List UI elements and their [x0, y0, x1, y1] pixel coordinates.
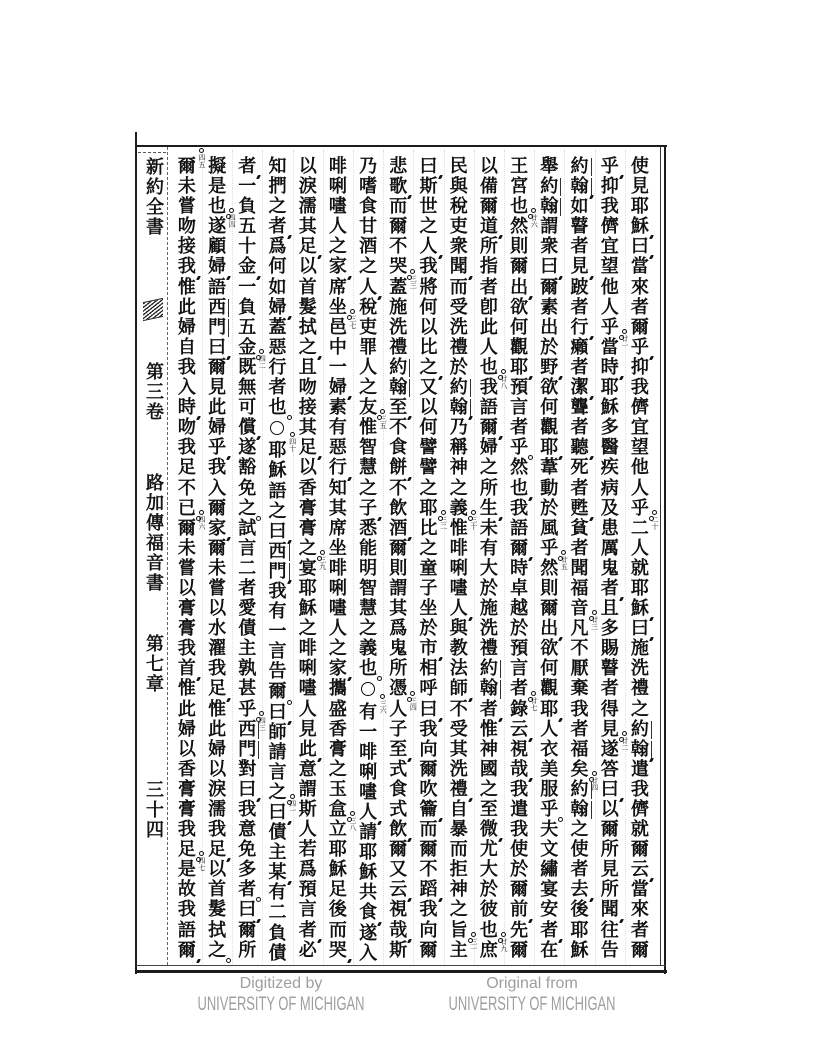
char-glyph: 者 — [534, 921, 564, 941]
char-glyph: 宮 — [504, 177, 534, 197]
text-char: 此 — [202, 720, 232, 740]
char-glyph: 㗲 — [353, 783, 383, 803]
text-char: 顧 — [202, 237, 232, 257]
text-char: 罪 — [353, 338, 383, 358]
char-glyph: 而 — [444, 278, 474, 298]
verse-number: 四二 — [258, 349, 265, 369]
char-glyph: 式 — [383, 800, 413, 820]
text-char: 慧 — [353, 458, 383, 478]
text-char: 約 — [444, 378, 474, 398]
char-glyph: 欲 — [534, 639, 564, 659]
text-char: 既四二 — [232, 358, 262, 378]
text-char: 抑 — [625, 358, 655, 378]
text-char: 語 — [504, 519, 534, 539]
text-char: 之 — [323, 237, 353, 257]
char-glyph: 慧 — [353, 458, 383, 478]
text-char: 惟 — [474, 720, 504, 740]
text-char: 至 — [383, 740, 413, 760]
text-char: 爾 — [413, 941, 443, 961]
text-char: 先 — [504, 921, 534, 941]
char-glyph: 五 — [232, 217, 262, 237]
char-glyph: 素 — [323, 398, 353, 418]
char-glyph: 視 — [504, 740, 534, 760]
char-glyph: 甦 — [564, 499, 594, 519]
text-char: 食 — [383, 438, 413, 458]
text-char: 債 — [262, 823, 292, 843]
text-char: 爾 — [504, 880, 534, 900]
text-char: 明 — [353, 559, 383, 579]
verse-number: 廿九 — [500, 932, 507, 952]
char-glyph: 言 — [293, 900, 323, 920]
verse-number: 廿三 — [591, 610, 598, 630]
proper-name-line — [560, 198, 561, 216]
text-char: 與 — [444, 177, 474, 197]
char-glyph: 債 — [262, 944, 292, 964]
char-glyph: 人 — [353, 803, 383, 823]
text-char: 與 — [444, 619, 474, 639]
text-char: 我 — [172, 820, 202, 840]
char-glyph: 接 — [293, 398, 323, 418]
char-glyph: 之 — [413, 358, 443, 378]
text-char: 膏 — [323, 740, 353, 760]
page-number: 三十四 — [142, 780, 164, 840]
char-glyph: 足 — [202, 679, 232, 699]
text-char: 多 — [595, 619, 625, 639]
char-glyph: 言 — [232, 539, 262, 559]
char-glyph: 爾 — [202, 539, 232, 559]
char-glyph: 者 — [232, 579, 262, 599]
text-char: 香 — [172, 760, 202, 780]
char-glyph: 惟 — [172, 679, 202, 699]
comma-mark — [196, 959, 201, 963]
text-char: 人三四 — [383, 700, 413, 720]
char-glyph: 家 — [323, 257, 353, 277]
text-char: 香 — [293, 479, 323, 499]
char-glyph: 婦 — [262, 298, 292, 318]
text-char: 然廿五 — [534, 559, 564, 579]
text-char: 一 — [353, 723, 383, 743]
text-char: 癩 — [564, 338, 594, 358]
char-glyph: 病 — [595, 479, 625, 499]
text-char: 聞 — [444, 257, 474, 277]
text-char: 爾 — [202, 358, 232, 378]
char-glyph: 人 — [534, 720, 564, 740]
text-char: 耶 — [595, 378, 625, 398]
char-glyph: 不 — [172, 479, 202, 499]
text-char: 豁 — [232, 458, 262, 478]
char-glyph: 者 — [474, 700, 504, 720]
text-char: 比三二 — [413, 519, 443, 539]
text-char: 微 — [474, 820, 504, 840]
char-glyph: 子 — [413, 579, 443, 599]
char-glyph: 婦 — [172, 318, 202, 338]
text-char: 神 — [444, 458, 474, 478]
text-char: 所 — [595, 880, 625, 900]
text-char: 儕 — [595, 217, 625, 237]
char-glyph: 哉 — [504, 760, 534, 780]
text-char: 一 — [262, 622, 292, 642]
char-glyph: 服 — [534, 780, 564, 800]
text-char: 耶四十 — [262, 441, 292, 461]
char-glyph: 指 — [474, 257, 504, 277]
text-char: 何 — [534, 659, 564, 679]
text-char: 足 — [202, 840, 232, 860]
char-glyph: 曰 — [534, 257, 564, 277]
char-glyph: 以 — [202, 860, 232, 880]
char-glyph: 耶 — [625, 579, 655, 599]
text-char: 耶 — [534, 700, 564, 720]
char-glyph: 來 — [625, 900, 655, 920]
verse-number: 三八 — [349, 811, 356, 831]
text-char: 行 — [262, 358, 292, 378]
char-glyph: 往 — [595, 921, 625, 941]
char-glyph: 悉 — [353, 519, 383, 539]
text-char: 我 — [595, 197, 625, 217]
char-glyph: 惡 — [323, 438, 353, 458]
text-char: 中 — [323, 338, 353, 358]
char-glyph: 知 — [323, 479, 353, 499]
char-glyph: 其 — [444, 740, 474, 760]
char-glyph: 所 — [595, 880, 625, 900]
char-glyph: 以 — [202, 760, 232, 780]
text-char: 王 — [504, 157, 534, 177]
char-glyph: 吹 — [413, 780, 443, 800]
text-char: 耶 — [293, 579, 323, 599]
verse-number-text: 四四 — [228, 214, 235, 228]
char-glyph: 他 — [625, 458, 655, 478]
char-glyph: 見 — [595, 860, 625, 880]
text-char: 童 — [413, 559, 443, 579]
text-char: 暴 — [444, 820, 474, 840]
column-rule — [444, 150, 445, 964]
text-char: 宜 — [625, 418, 655, 438]
char-glyph: 儕 — [595, 217, 625, 237]
text-char: 膏 — [293, 499, 323, 519]
proper-name-line — [591, 158, 592, 176]
text-char: 見 — [595, 860, 625, 880]
char-glyph: 入 — [202, 479, 232, 499]
char-glyph: 且 — [293, 358, 323, 378]
text-char: 者 — [595, 679, 625, 699]
text-char: 蓋三三 — [383, 278, 413, 298]
text-char: 觀 — [504, 338, 534, 358]
text-char: 悲 — [383, 157, 413, 177]
text-char: 去 — [564, 880, 594, 900]
verse-number-text: 三三 — [409, 275, 416, 289]
text-char: 往 — [595, 921, 625, 941]
char-glyph: 濯 — [202, 639, 232, 659]
text-char: 西 — [202, 298, 232, 318]
char-glyph: 語 — [504, 519, 534, 539]
column-rule — [474, 150, 475, 964]
char-glyph: 唎 — [444, 559, 474, 579]
char-glyph: 愛 — [232, 599, 262, 619]
char-glyph: 患 — [595, 519, 625, 539]
char-glyph: 多 — [595, 619, 625, 639]
char-glyph: 又 — [413, 378, 443, 398]
char-glyph: 洗 — [625, 659, 655, 679]
text-char: 也 — [353, 659, 383, 679]
text-char: 惟三十 — [444, 519, 474, 539]
char-glyph: 斯 — [293, 800, 323, 820]
text-char: 不 — [172, 479, 202, 499]
char-glyph: 共 — [353, 883, 383, 903]
char-glyph: 爾 — [413, 760, 443, 780]
text-column: 乃嗜食甘酒之人稅吏罪人之友惟三五智慧之子悉能明智慧之義也有三六一啡唎㗲人請耶穌共… — [353, 157, 383, 964]
char-glyph: 至 — [383, 740, 413, 760]
text-char: 未 — [474, 519, 504, 539]
verse-number-text: 三八 — [349, 817, 356, 831]
text-char: 其 — [293, 217, 323, 237]
char-glyph: 與 — [444, 619, 474, 639]
char-glyph: 之 — [353, 257, 383, 277]
text-char: 卽 — [474, 298, 504, 318]
char-glyph: 入 — [172, 378, 202, 398]
text-char: 立三八 — [323, 820, 353, 840]
text-char: 家 — [323, 257, 353, 277]
char-glyph: 我 — [172, 820, 202, 840]
char-glyph: 於 — [534, 499, 564, 519]
text-char: 知 — [262, 157, 292, 177]
text-char: 宴三九 — [293, 559, 323, 579]
text-char: 者 — [564, 418, 594, 438]
char-glyph: 其 — [293, 217, 323, 237]
text-char: 乃 — [444, 418, 474, 438]
text-char: 神 — [444, 880, 474, 900]
char-glyph: 所 — [474, 237, 504, 257]
bottom-rule-thick — [135, 970, 667, 973]
proper-name-line — [470, 399, 471, 417]
text-char: 以 — [474, 157, 504, 177]
text-char: 言 — [504, 398, 534, 418]
text-char: 我 — [172, 900, 202, 920]
text-char: 不 — [383, 418, 413, 438]
text-char: 唎 — [293, 659, 323, 679]
text-char: 哉 — [383, 921, 413, 941]
char-glyph: 之 — [444, 479, 474, 499]
text-char: 比 — [413, 338, 443, 358]
char-glyph: 然 — [504, 458, 534, 478]
text-char: 宴 — [534, 880, 564, 900]
text-char: 爾 — [625, 840, 655, 860]
text-char: 擬 — [202, 157, 232, 177]
char-glyph: 膏 — [172, 599, 202, 619]
text-char: 動 — [534, 479, 564, 499]
char-glyph: 不 — [564, 639, 594, 659]
verse-circle-icon — [199, 851, 204, 856]
text-char: 我 — [413, 720, 443, 740]
verse-circle-icon — [531, 691, 536, 696]
char-glyph: 免 — [232, 840, 262, 860]
text-char: 乎 — [202, 438, 232, 458]
text-char: 安 — [534, 900, 564, 920]
char-glyph: 之 — [323, 237, 353, 257]
text-char: 之 — [564, 820, 594, 840]
char-glyph: 此 — [202, 720, 232, 740]
text-char: 後 — [323, 900, 353, 920]
text-column: 啡唎㗲人之家席坐邑三七中一婦素有惡行知其席坐啡唎㗲人之家攜盛香膏之玉盒立三八耶穌… — [323, 157, 353, 961]
verse-number-text: 廿七 — [530, 697, 537, 711]
text-char: 衣 — [534, 740, 564, 760]
char-glyph: 婦 — [202, 418, 232, 438]
text-char: 洗 — [444, 318, 474, 338]
text-column: 約翰如瞽者見跛者行癩者潔聾者聽死者甦貧者聞福音凡廿三不厭棄我者福矣約廿四翰之使者… — [564, 157, 594, 961]
verse-number: 三十 — [470, 510, 477, 530]
char-glyph: 以 — [202, 599, 232, 619]
text-char: 於 — [504, 860, 534, 880]
text-char: 爾 — [474, 418, 504, 438]
char-glyph: 婦 — [202, 740, 232, 760]
text-char: 稅 — [353, 298, 383, 318]
text-char: 指 — [474, 257, 504, 277]
char-glyph: 癩 — [564, 338, 594, 358]
char-glyph: 民 — [444, 157, 474, 177]
text-char: 使 — [625, 157, 655, 177]
text-char: 子 — [413, 579, 443, 599]
char-glyph: 野 — [534, 358, 564, 378]
char-glyph: 食 — [353, 903, 383, 923]
text-char: 受 — [444, 720, 474, 740]
char-glyph: 福 — [564, 740, 594, 760]
char-glyph: 悲 — [383, 157, 413, 177]
text-char: 死 — [564, 458, 594, 478]
char-glyph: 則 — [504, 237, 534, 257]
verse-number: 廿五 — [560, 550, 567, 570]
text-char: 以 — [595, 800, 625, 820]
text-char: 唎 — [444, 559, 474, 579]
text-char: 未 — [172, 177, 202, 197]
text-char: 見 — [625, 177, 655, 197]
text-char: 後 — [564, 900, 594, 920]
char-glyph: 之 — [625, 700, 655, 720]
char-glyph: 後 — [564, 900, 594, 920]
verse-circle-icon — [229, 208, 234, 213]
column-rule — [383, 150, 384, 964]
text-char: 者 — [232, 157, 262, 177]
text-char: 其 — [383, 599, 413, 619]
text-char: 所 — [383, 659, 413, 679]
text-char: 之 — [413, 479, 443, 499]
char-glyph: 童 — [413, 559, 443, 579]
text-char: 於 — [534, 338, 564, 358]
period-mark — [377, 676, 382, 681]
text-char: 我 — [413, 900, 443, 920]
text-char: 在 — [534, 941, 564, 961]
text-char: 拒 — [444, 860, 474, 880]
text-char: 素 — [534, 298, 564, 318]
char-glyph: 師 — [444, 679, 474, 699]
char-glyph: 厲 — [595, 539, 625, 559]
char-glyph: 洗 — [444, 318, 474, 338]
char-glyph: 之 — [293, 619, 323, 639]
text-char: 曰 — [202, 338, 232, 358]
char-glyph: 爾 — [232, 921, 262, 941]
char-glyph: 生 — [474, 499, 504, 519]
text-char: 言 — [262, 763, 292, 783]
text-char: 有 — [262, 883, 292, 903]
text-char: 見 — [202, 378, 232, 398]
text-char: 之 — [323, 760, 353, 780]
char-glyph: 者 — [564, 860, 594, 880]
text-char: 髮 — [202, 900, 232, 920]
text-char: 爾 — [383, 840, 413, 860]
char-glyph: 美 — [534, 760, 564, 780]
text-char: 乎 — [625, 338, 655, 358]
text-char: 無 — [232, 378, 262, 398]
text-char: 酒 — [353, 237, 383, 257]
text-char: 穌 — [353, 863, 383, 883]
text-char: 厭 — [564, 659, 594, 679]
text-char: 爾 — [504, 539, 534, 559]
text-char: 洗 — [625, 659, 655, 679]
text-char: 自 — [444, 800, 474, 820]
char-glyph: 我 — [413, 257, 443, 277]
char-glyph: 爲 — [383, 619, 413, 639]
char-glyph: 所 — [474, 479, 504, 499]
text-char: 可 — [232, 398, 262, 418]
text-char: 曰四一 — [262, 803, 292, 823]
char-glyph: 者 — [564, 298, 594, 318]
text-char: 禮 — [444, 338, 474, 358]
chapter-label: 第七章 — [142, 634, 164, 694]
char-glyph: 我 — [504, 820, 534, 840]
char-glyph: 禮 — [444, 338, 474, 358]
char-glyph: 淚 — [202, 780, 232, 800]
text-char: 水 — [202, 619, 232, 639]
char-glyph: 曰 — [202, 338, 232, 358]
char-glyph: 孰 — [232, 659, 262, 679]
char-glyph: 吻 — [293, 378, 323, 398]
char-glyph: 譬 — [413, 458, 443, 478]
text-char: 爾 — [504, 941, 534, 961]
text-char: 舉 — [534, 157, 564, 177]
char-glyph: 鬼 — [595, 559, 625, 579]
text-char: 十 — [232, 237, 262, 257]
text-char: 以 — [293, 257, 323, 277]
char-glyph: 㗲 — [444, 579, 474, 599]
text-char: 禮 — [625, 679, 655, 699]
char-glyph: 㗲 — [323, 197, 353, 217]
char-glyph: 何 — [504, 318, 534, 338]
text-char: 耶 — [534, 438, 564, 458]
char-glyph: 耶 — [293, 579, 323, 599]
text-char: 主 — [232, 639, 262, 659]
text-char: 慧 — [353, 599, 383, 619]
char-glyph: 人 — [323, 217, 353, 237]
char-glyph: 明 — [353, 559, 383, 579]
text-char: 以 — [293, 458, 323, 478]
char-glyph: 使 — [625, 157, 655, 177]
text-char: 出 — [534, 318, 564, 338]
text-char: 啡 — [323, 157, 353, 177]
text-char: 欲 — [534, 378, 564, 398]
char-glyph: 前 — [504, 900, 534, 920]
text-char: 預 — [504, 639, 534, 659]
text-char: 素 — [323, 398, 353, 418]
char-glyph: 者 — [595, 679, 625, 699]
char-glyph: 云 — [504, 720, 534, 740]
text-char: 二 — [232, 559, 262, 579]
text-char: 穌 — [293, 599, 323, 619]
verse-number: 三二 — [440, 510, 447, 530]
char-glyph: 所 — [595, 840, 625, 860]
text-char: 翰 — [564, 800, 594, 820]
char-glyph: 穌 — [353, 863, 383, 883]
char-glyph: 遂 — [232, 438, 262, 458]
char-glyph: 爾 — [504, 880, 534, 900]
proper-name-line — [228, 319, 229, 337]
char-glyph: 我 — [172, 639, 202, 659]
